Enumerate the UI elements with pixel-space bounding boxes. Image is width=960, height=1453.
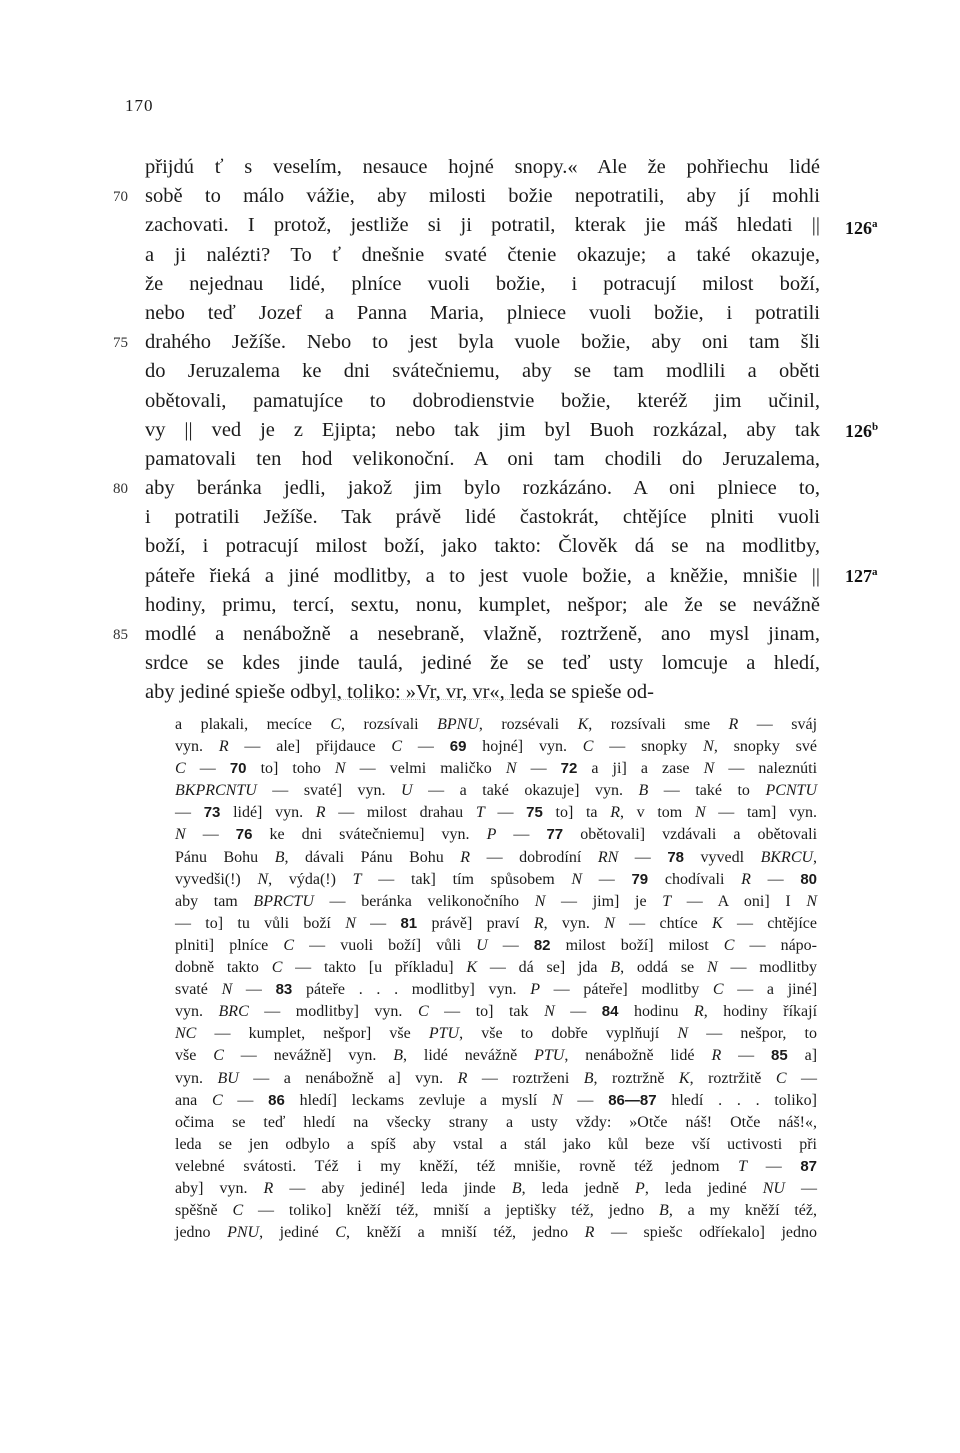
text-line: a ji nalézti? To ť dnešnie svaté čtenie … [145, 241, 820, 270]
footnote-line: C — 70 to] toho N — velmi maličko N — 72… [175, 758, 817, 780]
line-text: a ji nalézti? To ť dnešnie svaté čtenie … [145, 244, 820, 266]
critical-apparatus-footnotes: a plakali, mecíce C, rozsívali BPNU, roz… [175, 714, 817, 1244]
footnote-line: spěšně C — toliko] kněží též, mniší a je… [175, 1200, 817, 1222]
line-text: hodiny, primu, tercí, sextu, nonu, kumpl… [145, 594, 820, 616]
footnote-line: aby] vyn. R — aby jediné] leda jinde B, … [175, 1178, 817, 1200]
line-text: boží, i potracují milost boží, jako takt… [145, 535, 820, 557]
folio-reference: 126a [845, 218, 878, 239]
footnote-line: velebné svátosti. Též i my kněží, též mn… [175, 1156, 817, 1178]
text-line: aby jediné spieše odbyl, toliko: »Vr, vr… [145, 678, 820, 707]
text-line: srdce se kdes jinde taulá, jediné že se … [145, 649, 820, 678]
footnote-line: plniti] plníce C — vuoli boží] vůli U — … [175, 935, 817, 957]
text-line: zachovati. I protož, jestliže si ji potr… [145, 211, 820, 240]
footnote-separator [330, 699, 530, 702]
line-text: pamatovali ten hod velikonoční. A oni ta… [145, 448, 820, 470]
line-text: drahého Ježíše. Nebo to jest byla vuole … [145, 331, 820, 353]
line-text: srdce se kdes jinde taulá, jediné že se … [145, 652, 820, 674]
text-line: 85modlé a nenábožně a nesebraně, vlažně,… [145, 620, 820, 649]
text-line: 75drahého Ježíše. Nebo to jest byla vuol… [145, 328, 820, 357]
line-number: 70 [113, 183, 128, 212]
footnote-line: vyn. R — ale] přijdauce C — 69 hojné] vy… [175, 736, 817, 758]
footnote-line: a plakali, mecíce C, rozsívali BPNU, roz… [175, 714, 817, 736]
folio-reference: 126b [845, 421, 878, 442]
footnote-line: vše C — nevážně] vyn. B, lidé nevážně PT… [175, 1045, 817, 1067]
text-line: páteře řieká a jiné modlitby, a to jest … [145, 562, 820, 591]
text-line: i potratili Ježíše. Tak právě lidé často… [145, 503, 820, 532]
line-text: aby beránka jedli, jakož jim bylo rozkáz… [145, 477, 820, 499]
footnote-line: vyn. BU — a nenábožně a] vyn. R — roztrž… [175, 1068, 817, 1090]
text-line: hodiny, primu, tercí, sextu, nonu, kumpl… [145, 591, 820, 620]
line-text: sobě to málo vážie, aby milosti božie ne… [145, 185, 820, 207]
footnote-line: očima se teď hledí na všecky strany a us… [175, 1112, 817, 1134]
footnote-line: — 73 lidé] vyn. R — milost drahau T — 75… [175, 802, 817, 824]
text-line: obětovali, pamatujíce to dobrodienstvie … [145, 387, 820, 416]
line-text: i potratili Ježíše. Tak právě lidé často… [145, 506, 820, 528]
line-text: že nejednau lidé, plníce vuoli božie, i … [145, 273, 820, 295]
line-text: nebo teď Jozef a Panna Maria, plniece vu… [145, 302, 820, 324]
line-text: zachovati. I protož, jestliže si ji potr… [145, 214, 820, 236]
footnote-line: ana C — 86 hledí] leckams zevluje a mysl… [175, 1090, 817, 1112]
footnote-line: jedno PNU, jediné C, kněží a mniší též, … [175, 1222, 817, 1244]
line-text: vy || ved je z Ejipta; nebo tak jim byl … [145, 419, 820, 441]
footnote-line: svaté N — 83 páteře . . . modlitby] vyn.… [175, 979, 817, 1001]
text-line: boží, i potracují milost boží, jako takt… [145, 532, 820, 561]
line-text: do Jeruzalema ke dni svátečniemu, aby se… [145, 360, 820, 382]
text-line: nebo teď Jozef a Panna Maria, plniece vu… [145, 299, 820, 328]
text-line: pamatovali ten hod velikonoční. A oni ta… [145, 445, 820, 474]
footnote-line: N — 76 ke dni svátečniemu] vyn. P — 77 o… [175, 824, 817, 846]
line-number: 85 [113, 621, 128, 650]
footnote-line: vyvedši(!) N, výda(!) T — tak] tím spůso… [175, 869, 817, 891]
line-text: páteře řieká a jiné modlitby, a to jest … [145, 565, 820, 587]
line-text: modlé a nenábožně a nesebraně, vlažně, r… [145, 623, 820, 645]
text-line: vy || ved je z Ejipta; nebo tak jim byl … [145, 416, 820, 445]
footnote-line: vyn. BRC — modlitby] vyn. C — to] tak N … [175, 1001, 817, 1023]
text-line: 70sobě to málo vážie, aby milosti božie … [145, 182, 820, 211]
main-text-block: přijdú ť s veselím, nesauce hojné snopy.… [145, 153, 820, 708]
text-line: 80aby beránka jedli, jakož jim bylo rozk… [145, 474, 820, 503]
text-line: do Jeruzalema ke dni svátečniemu, aby se… [145, 357, 820, 386]
line-number: 80 [113, 475, 128, 504]
footnote-line: BKPRCNTU — svaté] vyn. U — a také okazuj… [175, 780, 817, 802]
footnote-line: — to] tu vůli boží N — 81 právě] praví R… [175, 913, 817, 935]
footnote-line: Pánu Bohu B, dávali Pánu Bohu R — dobrod… [175, 847, 817, 869]
folio-reference: 127a [845, 566, 878, 587]
footnote-line: leda se jen odbylo a spíš aby vstal a st… [175, 1134, 817, 1156]
text-line: že nejednau lidé, plníce vuoli božie, i … [145, 270, 820, 299]
footnote-line: aby tam BPRCTU — beránka velikonočního N… [175, 891, 817, 913]
line-number: 75 [113, 329, 128, 358]
line-text: obětovali, pamatujíce to dobrodienstvie … [145, 390, 820, 412]
text-line: přijdú ť s veselím, nesauce hojné snopy.… [145, 153, 820, 182]
page-number: 170 [125, 96, 154, 116]
footnote-line: dobně takto C — takto [u příkladu] K — d… [175, 957, 817, 979]
footnote-line: NC — kumplet, nešpor] vše PTU, vše to do… [175, 1023, 817, 1045]
line-text: přijdú ť s veselím, nesauce hojné snopy.… [145, 156, 820, 178]
